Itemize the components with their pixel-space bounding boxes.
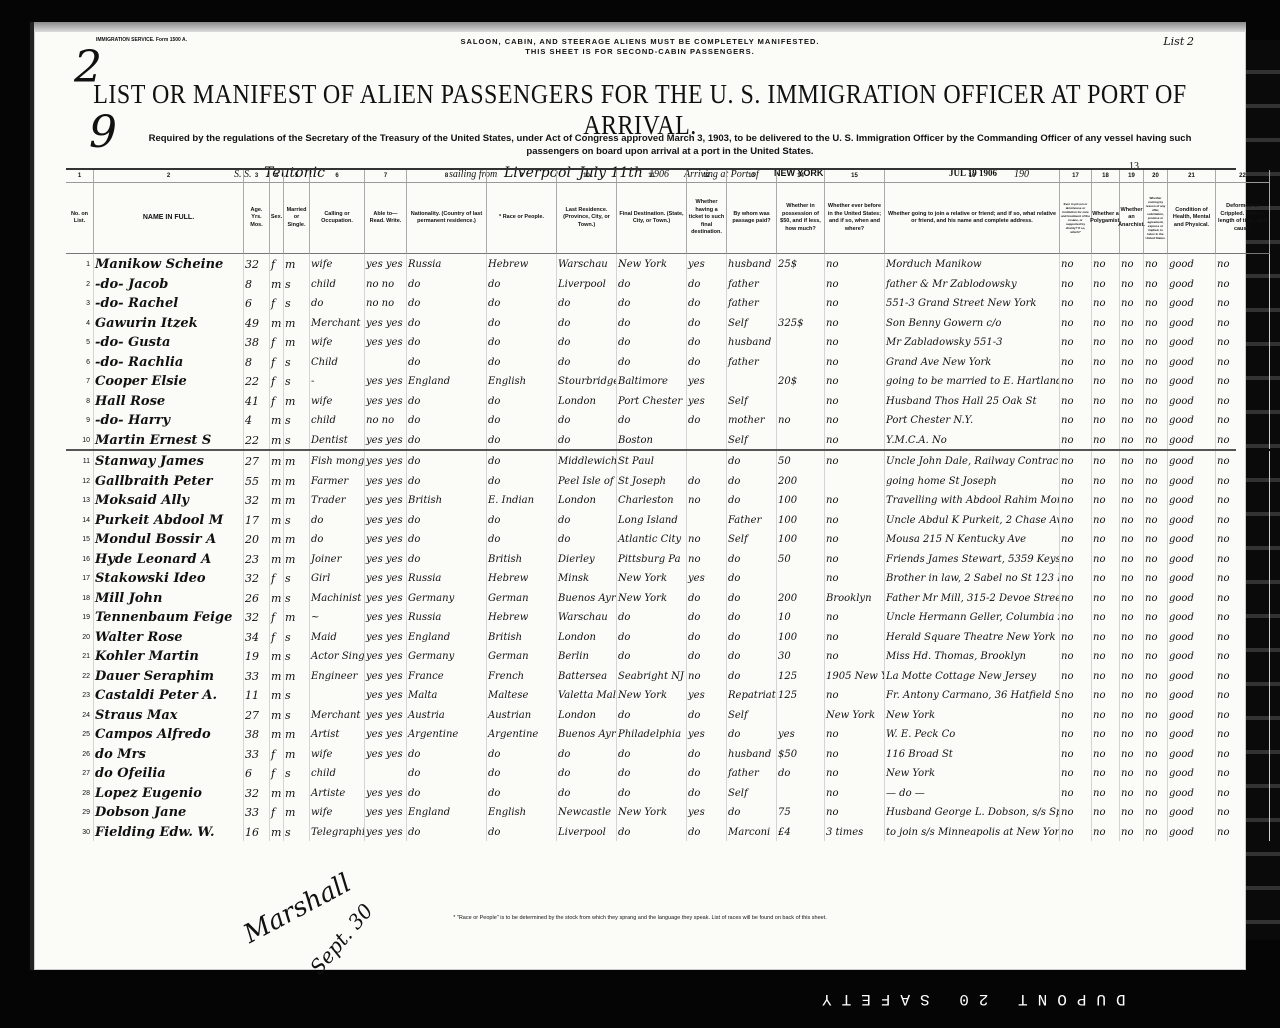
polygamist: no bbox=[1092, 510, 1120, 530]
joining-relative: Grand Ave New York bbox=[885, 352, 1060, 372]
polygamist: no bbox=[1092, 293, 1120, 313]
passage-paid-by: do bbox=[727, 666, 777, 686]
passage-paid-by: husband bbox=[727, 744, 777, 764]
passenger-name: Walter Rose bbox=[94, 627, 244, 647]
table-row: 26do Mrs33fmwifeyes yesdododododohusband… bbox=[66, 744, 1236, 764]
row-number: 8 bbox=[66, 391, 94, 411]
age: 32 bbox=[244, 568, 270, 588]
passenger-name: Stakowski Ideo bbox=[94, 568, 244, 588]
deformed: no bbox=[1216, 391, 1270, 411]
ticket: do bbox=[687, 744, 727, 764]
deformed: no bbox=[1216, 549, 1270, 569]
ticket: do bbox=[687, 783, 727, 803]
occupation: ~ bbox=[310, 607, 365, 627]
health: good bbox=[1168, 744, 1216, 764]
marital-status: s bbox=[284, 510, 310, 530]
row-number: 27 bbox=[66, 763, 94, 783]
contract-labor: no bbox=[1144, 352, 1168, 372]
passenger-name: do Mrs bbox=[94, 744, 244, 764]
contract-labor: no bbox=[1144, 490, 1168, 510]
table-row: 22Dauer Seraphim33mmEngineeryes yesFranc… bbox=[66, 666, 1236, 686]
race: do bbox=[487, 293, 557, 313]
joining-relative: Travelling with Abdool Rahim Mondul his … bbox=[885, 490, 1060, 510]
prison: no bbox=[1060, 254, 1092, 274]
table-row: 12Gallbraith Peter55mmFarmeryes yesdodoP… bbox=[66, 471, 1236, 491]
health: good bbox=[1168, 510, 1216, 530]
table-row: 17Stakowski Ideo32fsGirlyes yesRussiaHeb… bbox=[66, 568, 1236, 588]
anarchist: no bbox=[1120, 371, 1144, 391]
prison: no bbox=[1060, 549, 1092, 569]
race: Hebrew bbox=[487, 254, 557, 274]
col-header-race: * Race or People. bbox=[487, 183, 557, 254]
last-residence: Liverpool bbox=[557, 274, 617, 294]
prison: no bbox=[1060, 724, 1092, 744]
anarchist: no bbox=[1120, 822, 1144, 842]
joining-relative: 116 Broad St bbox=[885, 744, 1060, 764]
deformed: no bbox=[1216, 510, 1270, 530]
race: do bbox=[487, 763, 557, 783]
row-number: 21 bbox=[66, 646, 94, 666]
before-in-us: New York bbox=[825, 705, 885, 725]
sex: m bbox=[270, 529, 284, 549]
prison: no bbox=[1060, 744, 1092, 764]
anarchist: no bbox=[1120, 763, 1144, 783]
sex: m bbox=[270, 588, 284, 608]
passenger-name: Campos Alfredo bbox=[94, 724, 244, 744]
contract-labor: no bbox=[1144, 410, 1168, 430]
prison: no bbox=[1060, 410, 1092, 430]
anarchist: no bbox=[1120, 607, 1144, 627]
joining-relative: New York bbox=[885, 763, 1060, 783]
occupation: Joiner bbox=[310, 549, 365, 569]
passenger-name: Martin Ernest S bbox=[94, 430, 244, 450]
last-residence: do bbox=[557, 352, 617, 372]
passenger-rows: 1Manikow Scheine32fmwifeyes yesRussiaHeb… bbox=[66, 254, 1236, 841]
contract-labor: no bbox=[1144, 646, 1168, 666]
passenger-name: Moksaid Ally bbox=[94, 490, 244, 510]
age: 19 bbox=[244, 646, 270, 666]
passage-paid-by: husband bbox=[727, 332, 777, 352]
final-destination: New York bbox=[617, 588, 687, 608]
table-row: 11Stanway James27mmFish mongeryes yesdod… bbox=[66, 451, 1236, 471]
occupation: wife bbox=[310, 744, 365, 764]
anarchist: no bbox=[1120, 549, 1144, 569]
health: good bbox=[1168, 352, 1216, 372]
sex: f bbox=[270, 568, 284, 588]
money bbox=[777, 293, 825, 313]
col-num: 20 bbox=[1144, 170, 1168, 183]
passage-paid-by: Father bbox=[727, 510, 777, 530]
col-num: 5 bbox=[284, 170, 310, 183]
prison: no bbox=[1060, 705, 1092, 725]
final-destination: Philadelphia bbox=[617, 724, 687, 744]
last-residence: London bbox=[557, 391, 617, 411]
contract-labor: no bbox=[1144, 332, 1168, 352]
ticket: do bbox=[687, 410, 727, 430]
nationality: do bbox=[407, 352, 487, 372]
before-in-us: no bbox=[825, 490, 885, 510]
anarchist: no bbox=[1120, 646, 1144, 666]
contract-labor: no bbox=[1144, 763, 1168, 783]
col-num: 2 bbox=[94, 170, 244, 183]
passenger-name: do Ofeilia bbox=[94, 763, 244, 783]
joining-relative: to join s/s Minneapolis at New York bbox=[885, 822, 1060, 842]
last-residence: London bbox=[557, 705, 617, 725]
marital-status: m bbox=[284, 254, 310, 274]
polygamist: no bbox=[1092, 646, 1120, 666]
manifest-table: 1 2 3 4 5 6 7 8 9 10 11 12 13 14 15 16 1… bbox=[66, 168, 1236, 841]
age: 38 bbox=[244, 332, 270, 352]
nationality: do bbox=[407, 529, 487, 549]
nationality: Russia bbox=[407, 254, 487, 274]
row-number: 13 bbox=[66, 490, 94, 510]
table-row: 18Mill John26msMachinistyes yesGermanyGe… bbox=[66, 588, 1236, 608]
passage-paid-by: do bbox=[727, 607, 777, 627]
marital-status: s bbox=[284, 705, 310, 725]
race: do bbox=[487, 332, 557, 352]
health: good bbox=[1168, 490, 1216, 510]
deformed: no bbox=[1216, 293, 1270, 313]
anarchist: no bbox=[1120, 313, 1144, 333]
table-row: 5-do- Gusta38fmwifeyes yesdododododohusb… bbox=[66, 332, 1236, 352]
money: yes bbox=[777, 724, 825, 744]
manifest-sheet: IMMIGRATION SERVICE. Form 1500 A. SALOON… bbox=[30, 22, 1246, 970]
occupation: do bbox=[310, 293, 365, 313]
health: good bbox=[1168, 568, 1216, 588]
passenger-name: -do- Rachlia bbox=[94, 352, 244, 372]
joining-relative: Friends James Stewart, 5359 Keystone St … bbox=[885, 549, 1060, 569]
marital-status: m bbox=[284, 666, 310, 686]
column-headers: No. on List. NAME IN FULL. Age. Yrs. Mos… bbox=[66, 183, 1236, 254]
marital-status: m bbox=[284, 490, 310, 510]
last-residence: London bbox=[557, 627, 617, 647]
polygamist: no bbox=[1092, 529, 1120, 549]
deformed: no bbox=[1216, 744, 1270, 764]
read-write: yes yes bbox=[365, 607, 407, 627]
anarchist: no bbox=[1120, 430, 1144, 450]
deformed: no bbox=[1216, 724, 1270, 744]
final-destination: Long Island bbox=[617, 510, 687, 530]
deformed: no bbox=[1216, 646, 1270, 666]
occupation: child bbox=[310, 274, 365, 294]
passage-paid-by: do bbox=[727, 549, 777, 569]
joining-relative: New York bbox=[885, 705, 1060, 725]
final-destination: do bbox=[617, 627, 687, 647]
polygamist: no bbox=[1092, 371, 1120, 391]
polygamist: no bbox=[1092, 802, 1120, 822]
row-number: 29 bbox=[66, 802, 94, 822]
final-destination: do bbox=[617, 646, 687, 666]
table-row: 25Campos Alfredo38mmArtistyes yesArgenti… bbox=[66, 724, 1236, 744]
marital-status: m bbox=[284, 802, 310, 822]
last-residence: do bbox=[557, 313, 617, 333]
prison: no bbox=[1060, 822, 1092, 842]
prison: no bbox=[1060, 685, 1092, 705]
col-num: 19 bbox=[1120, 170, 1144, 183]
read-write: yes yes bbox=[365, 371, 407, 391]
occupation: wife bbox=[310, 391, 365, 411]
col-header-destination: Final Destination. (State, City, or Town… bbox=[617, 183, 687, 254]
contract-labor: no bbox=[1144, 783, 1168, 803]
last-residence: Buenos Ayres bbox=[557, 724, 617, 744]
passage-paid-by: do bbox=[727, 724, 777, 744]
anarchist: no bbox=[1120, 666, 1144, 686]
final-destination: do bbox=[617, 293, 687, 313]
contract-labor: no bbox=[1144, 430, 1168, 450]
passenger-name: Fielding Edw. W. bbox=[94, 822, 244, 842]
read-write bbox=[365, 763, 407, 783]
age: 8 bbox=[244, 274, 270, 294]
joining-relative: Mousa 215 N Kentucky Ave bbox=[885, 529, 1060, 549]
notice-line-1: SALOON, CABIN, AND STEERAGE ALIENS MUST … bbox=[34, 37, 1246, 47]
table-row: 6-do- Rachlia8fsChilddododododofathernoG… bbox=[66, 352, 1236, 372]
last-residence: do bbox=[557, 510, 617, 530]
table-row: 3-do- Rachel6fsdono nodododododofatherno… bbox=[66, 293, 1236, 313]
prison: no bbox=[1060, 430, 1092, 450]
passage-paid-by: Self bbox=[727, 529, 777, 549]
nationality: Austria bbox=[407, 705, 487, 725]
marital-status: m bbox=[284, 744, 310, 764]
col-header-occupation: Calling or Occupation. bbox=[310, 183, 365, 254]
money: 50 bbox=[777, 549, 825, 569]
prison: no bbox=[1060, 313, 1092, 333]
read-write: yes yes bbox=[365, 471, 407, 491]
health: good bbox=[1168, 646, 1216, 666]
age: 8 bbox=[244, 352, 270, 372]
before-in-us: no bbox=[825, 549, 885, 569]
money: 125 bbox=[777, 685, 825, 705]
money bbox=[777, 352, 825, 372]
row-number: 16 bbox=[66, 549, 94, 569]
health: good bbox=[1168, 627, 1216, 647]
film-label: DUPONT 20 SAFETY bbox=[812, 990, 1126, 1008]
marital-status: s bbox=[284, 410, 310, 430]
money: 200 bbox=[777, 588, 825, 608]
col-num: 13 bbox=[727, 170, 777, 183]
joining-relative: Port Chester N.Y. bbox=[885, 410, 1060, 430]
marital-status: s bbox=[284, 822, 310, 842]
col-num: 14 bbox=[777, 170, 825, 183]
passage-paid-by: Self bbox=[727, 430, 777, 450]
age: 6 bbox=[244, 763, 270, 783]
polygamist: no bbox=[1092, 666, 1120, 686]
row-number: 2 bbox=[66, 274, 94, 294]
deformed: no bbox=[1216, 529, 1270, 549]
health: good bbox=[1168, 274, 1216, 294]
passenger-name: Dauer Seraphim bbox=[94, 666, 244, 686]
age: 11 bbox=[244, 685, 270, 705]
occupation: Dentist bbox=[310, 430, 365, 450]
age: 22 bbox=[244, 430, 270, 450]
age: 34 bbox=[244, 627, 270, 647]
col-num: 18 bbox=[1092, 170, 1120, 183]
deformed: no bbox=[1216, 568, 1270, 588]
anarchist: no bbox=[1120, 332, 1144, 352]
contract-labor: no bbox=[1144, 802, 1168, 822]
col-header-no: No. on List. bbox=[66, 183, 94, 254]
passage-paid-by: do bbox=[727, 646, 777, 666]
sex: m bbox=[270, 313, 284, 333]
health: good bbox=[1168, 724, 1216, 744]
joining-relative: W. E. Peck Co bbox=[885, 724, 1060, 744]
anarchist: no bbox=[1120, 724, 1144, 744]
money bbox=[777, 430, 825, 450]
passenger-name: -do- Jacob bbox=[94, 274, 244, 294]
final-destination: do bbox=[617, 822, 687, 842]
age: 27 bbox=[244, 451, 270, 471]
anarchist: no bbox=[1120, 783, 1144, 803]
regulation-text: Required by the regulations of the Secre… bbox=[134, 132, 1206, 158]
joining-relative: Husband George L. Dobson, s/s Spartan Pi… bbox=[885, 802, 1060, 822]
last-residence: London bbox=[557, 490, 617, 510]
last-residence: do bbox=[557, 332, 617, 352]
occupation: - bbox=[310, 371, 365, 391]
last-residence: Battersea bbox=[557, 666, 617, 686]
age: 38 bbox=[244, 724, 270, 744]
contract-labor: no bbox=[1144, 588, 1168, 608]
race: do bbox=[487, 822, 557, 842]
sex: m bbox=[270, 646, 284, 666]
anarchist: no bbox=[1120, 568, 1144, 588]
read-write: yes yes bbox=[365, 666, 407, 686]
last-residence: Berlin bbox=[557, 646, 617, 666]
last-residence: do bbox=[557, 744, 617, 764]
age: 32 bbox=[244, 490, 270, 510]
final-destination: Baltimore bbox=[617, 371, 687, 391]
sex: m bbox=[270, 549, 284, 569]
final-destination: do bbox=[617, 274, 687, 294]
ticket: yes bbox=[687, 802, 727, 822]
marital-status: m bbox=[284, 391, 310, 411]
ticket bbox=[687, 510, 727, 530]
race: do bbox=[487, 430, 557, 450]
notice-line-2: THIS SHEET IS FOR SECOND-CABIN PASSENGER… bbox=[34, 47, 1246, 57]
race: do bbox=[487, 471, 557, 491]
prison: no bbox=[1060, 293, 1092, 313]
table-row: 8Hall Rose41fmwifeyes yesdodoLondonPort … bbox=[66, 391, 1236, 411]
money bbox=[777, 705, 825, 725]
contract-labor: no bbox=[1144, 607, 1168, 627]
sex: f bbox=[270, 763, 284, 783]
passage-paid-by: Self bbox=[727, 313, 777, 333]
polygamist: no bbox=[1092, 568, 1120, 588]
before-in-us: no bbox=[825, 352, 885, 372]
row-number: 17 bbox=[66, 568, 94, 588]
prison: no bbox=[1060, 529, 1092, 549]
contract-labor: no bbox=[1144, 371, 1168, 391]
contract-labor: no bbox=[1144, 822, 1168, 842]
occupation: wife bbox=[310, 254, 365, 274]
row-number: 12 bbox=[66, 471, 94, 491]
row-number: 4 bbox=[66, 313, 94, 333]
deformed: no bbox=[1216, 607, 1270, 627]
sex: m bbox=[270, 471, 284, 491]
contract-labor: no bbox=[1144, 391, 1168, 411]
ticket: do bbox=[687, 293, 727, 313]
final-destination: New York bbox=[617, 802, 687, 822]
polygamist: no bbox=[1092, 410, 1120, 430]
read-write: no no bbox=[365, 293, 407, 313]
final-destination: Port Chester bbox=[617, 391, 687, 411]
before-in-us: no bbox=[825, 410, 885, 430]
sex: f bbox=[270, 744, 284, 764]
deformed: no bbox=[1216, 685, 1270, 705]
money bbox=[777, 274, 825, 294]
before-in-us bbox=[825, 471, 885, 491]
marital-status: m bbox=[284, 724, 310, 744]
polygamist: no bbox=[1092, 430, 1120, 450]
read-write: yes yes bbox=[365, 568, 407, 588]
ticket: do bbox=[687, 607, 727, 627]
age: 33 bbox=[244, 666, 270, 686]
ticket: do bbox=[687, 646, 727, 666]
marital-status: m bbox=[284, 783, 310, 803]
before-in-us: no bbox=[825, 685, 885, 705]
passenger-name: Lopez Eugenio bbox=[94, 783, 244, 803]
deformed: no bbox=[1216, 410, 1270, 430]
nationality: Germany bbox=[407, 588, 487, 608]
read-write: yes yes bbox=[365, 510, 407, 530]
passenger-name: Gallbraith Peter bbox=[94, 471, 244, 491]
row-number: 23 bbox=[66, 685, 94, 705]
final-destination: St Joseph bbox=[617, 471, 687, 491]
passenger-name: -do- Harry bbox=[94, 410, 244, 430]
contract-labor: no bbox=[1144, 705, 1168, 725]
row-number: 6 bbox=[66, 352, 94, 372]
final-destination: New York bbox=[617, 568, 687, 588]
contract-labor: no bbox=[1144, 313, 1168, 333]
marital-status: s bbox=[284, 588, 310, 608]
deformed: no bbox=[1216, 274, 1270, 294]
marital-status: s bbox=[284, 763, 310, 783]
anarchist: no bbox=[1120, 685, 1144, 705]
age: 32 bbox=[244, 783, 270, 803]
read-write: yes yes bbox=[365, 822, 407, 842]
age: 32 bbox=[244, 254, 270, 274]
passenger-name: Castaldi Peter A. bbox=[94, 685, 244, 705]
before-in-us: Brooklyn bbox=[825, 588, 885, 608]
race: do bbox=[487, 352, 557, 372]
marital-status: m bbox=[284, 332, 310, 352]
before-in-us: no bbox=[825, 332, 885, 352]
money: 50 bbox=[777, 451, 825, 471]
final-destination: do bbox=[617, 783, 687, 803]
contract-labor: no bbox=[1144, 744, 1168, 764]
passage-paid-by: husband bbox=[727, 254, 777, 274]
deformed: no bbox=[1216, 451, 1270, 471]
nationality: do bbox=[407, 410, 487, 430]
deformed: no bbox=[1216, 588, 1270, 608]
occupation: Artist bbox=[310, 724, 365, 744]
ticket: do bbox=[687, 763, 727, 783]
nationality: do bbox=[407, 510, 487, 530]
joining-relative: Uncle Abdul K Purkeit, 2 Chase Ave Rocka… bbox=[885, 510, 1060, 530]
contract-labor: no bbox=[1144, 549, 1168, 569]
col-header-before-us: Whether ever before in the United States… bbox=[825, 183, 885, 254]
joining-relative: Mr Zabladowsky 551-3 bbox=[885, 332, 1060, 352]
table-row: 1Manikow Scheine32fmwifeyes yesRussiaHeb… bbox=[66, 254, 1236, 274]
passage-paid-by: do bbox=[727, 802, 777, 822]
money: 25$ bbox=[777, 254, 825, 274]
deformed: no bbox=[1216, 627, 1270, 647]
money bbox=[777, 391, 825, 411]
occupation: Maid bbox=[310, 627, 365, 647]
money: 125 bbox=[777, 666, 825, 686]
marital-status: m bbox=[284, 529, 310, 549]
nationality: Russia bbox=[407, 568, 487, 588]
health: good bbox=[1168, 763, 1216, 783]
health: good bbox=[1168, 451, 1216, 471]
